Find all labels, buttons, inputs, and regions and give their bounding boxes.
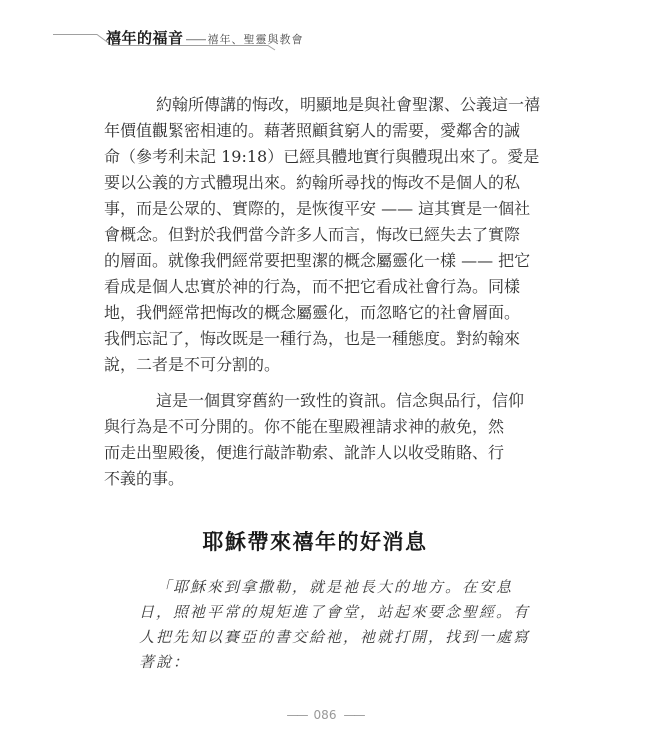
running-header: 禧年的福音 —— 禧年、聖靈與教會	[0, 0, 650, 60]
title-separator: ——	[186, 33, 206, 46]
quote-line: 日，照祂平常的規矩進了會堂，站起來要念聖經。有	[139, 600, 529, 625]
text-line: 的層面。就像我們經常要把聖潔的概念屬靈化一樣 —— 把它	[104, 248, 528, 274]
text-line: 看成是個人忠實於神的行為，而不把它看成社會行為。同樣	[104, 274, 528, 300]
paragraph-2: 這是一個貫穿舊約一致性的資訊。信念與品行，信仰與行為是不可分開的。你不能在聖殿裡…	[104, 388, 528, 492]
quote-line: 「耶穌來到拿撒勒，就是祂長大的地方。在安息	[139, 575, 529, 600]
text-line: 會概念。但對於我們當今許多人而言，悔改已經失去了實際	[104, 222, 528, 248]
page-number: 086	[314, 708, 337, 722]
text-line: 事，而是公眾的、實際的，是恢復平安 —— 這其實是一個社	[104, 196, 528, 222]
text-line: 與行為是不可分開的。你不能在聖殿裡請求神的赦免，然	[104, 414, 528, 440]
text-line: 命（參考利未記 19:18）已經具體地實行與體現出來了。愛是	[104, 144, 528, 170]
text-line: 地，我們經常把悔改的概念屬靈化，而忽略它的社會層面。	[104, 300, 528, 326]
scripture-quote: 「耶穌來到拿撒勒，就是祂長大的地方。在安息日，照祂平常的規矩進了會堂，站起來要念…	[139, 575, 529, 675]
text-line: 約翰所傳講的悔改，明顯地是與社會聖潔、公義這一禧	[104, 92, 528, 118]
page-footer: —— 086 ——	[0, 706, 650, 724]
paragraph-1: 約翰所傳講的悔改，明顯地是與社會聖潔、公義這一禧年價值觀緊密相連的。藉著照顧貧窮…	[104, 92, 528, 378]
text-line: 我們忘記了，悔改既是一種行為，也是一種態度。對約翰來	[104, 326, 528, 352]
footer-dash-right: ——	[343, 709, 363, 721]
header-rule-line	[0, 0, 650, 60]
book-subtitle: 禧年、聖靈與教會	[208, 31, 304, 47]
header-text: 禧年的福音 —— 禧年、聖靈與教會	[106, 27, 304, 48]
quote-line: 人把先知以賽亞的書交給祂，祂就打開，找到一處寫	[139, 625, 529, 650]
book-title: 禧年的福音	[106, 27, 184, 48]
text-line: 不義的事。	[104, 466, 528, 492]
section-heading: 耶穌帶來禧年的好消息	[105, 526, 525, 556]
text-line: 而走出聖殿後，便進行敲詐勒索、訛詐人以收受賄賂、行	[104, 440, 528, 466]
text-line: 說，二者是不可分割的。	[104, 352, 528, 378]
quote-line: 著說：	[139, 650, 529, 675]
text-line: 這是一個貫穿舊約一致性的資訊。信念與品行，信仰	[104, 388, 528, 414]
text-line: 年價值觀緊密相連的。藉著照顧貧窮人的需要，愛鄰舍的誡	[104, 118, 528, 144]
text-line: 要以公義的方式體現出來。約翰所尋找的悔改不是個人的私	[104, 170, 528, 196]
footer-dash-left: ——	[287, 709, 307, 721]
book-page: 禧年的福音 —— 禧年、聖靈與教會 約翰所傳講的悔改，明顯地是與社會聖潔、公義這…	[0, 0, 650, 750]
